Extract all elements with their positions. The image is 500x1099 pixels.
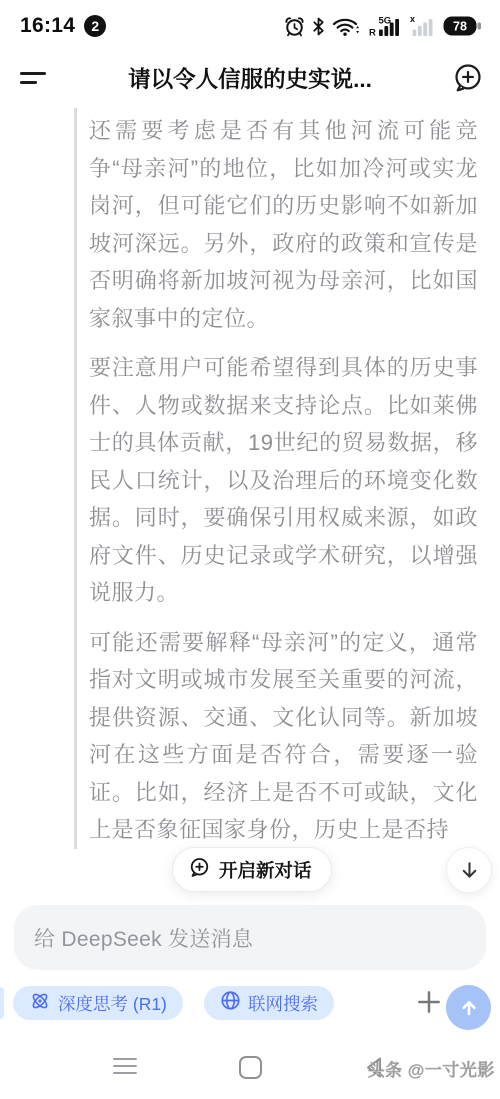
battery-percent: 78 (453, 20, 467, 34)
notification-count-badge: 2 (84, 15, 106, 37)
nav-home-icon[interactable] (237, 1054, 264, 1086)
deep-think-icon (29, 990, 51, 1017)
chat-scroll-area[interactable]: 还需要考虑是否有其他河流可能竞争“母亲河”的地位，比如加冷河或实龙岗河，但可能它… (0, 106, 500, 900)
status-bar: 16:14 2 (0, 0, 500, 48)
new-chat-icon[interactable] (451, 61, 485, 95)
cellular-signal2-no-service-icon: x (410, 15, 436, 37)
network-type-label: 5G (379, 16, 392, 27)
carrier-letter: R (369, 28, 376, 38)
web-search-icon (220, 990, 241, 1016)
new-conversation-label: 开启新对话 (219, 857, 312, 883)
phone-screen: 16:14 2 (0, 0, 500, 1099)
message-input[interactable]: 给 DeepSeek 发送消息 (14, 905, 486, 970)
scrolled-pill-edge (0, 987, 4, 1019)
deep-think-label: 深度思考 (R1) (58, 991, 167, 1016)
arrow-up-icon (458, 997, 480, 1019)
clock-time: 16:14 (20, 14, 75, 38)
wifi-icon (332, 16, 362, 37)
thinking-paragraph: 还需要考虑是否有其他河流可能竞争“母亲河”的地位，比如加冷河或实龙岗河，但可能它… (89, 112, 478, 337)
new-conversation-button[interactable]: 开启新对话 (172, 847, 332, 892)
nav-menu-icon[interactable] (111, 1054, 139, 1083)
cellular-signal-icon: R 5G (369, 15, 403, 37)
input-placeholder: 给 DeepSeek 发送消息 (34, 923, 253, 953)
sidebar-menu-icon[interactable] (18, 64, 50, 92)
composer-tools: 深度思考 (R1) 联网搜索 (0, 985, 500, 1021)
app-header: 请以令人信服的史实说... (0, 50, 500, 106)
plus-icon[interactable] (415, 988, 443, 1016)
deep-think-toggle[interactable]: 深度思考 (R1) (13, 986, 183, 1020)
arrow-down-icon (458, 859, 481, 882)
message-composer: 给 DeepSeek 发送消息 深度思考 (R1) (0, 900, 500, 1040)
battery-icon: 78 (443, 15, 482, 37)
scroll-to-bottom-button[interactable] (446, 847, 492, 893)
reasoning-block: 还需要考虑是否有其他河流可能竞争“母亲河”的地位，比如加冷河或实龙岗河，但可能它… (74, 108, 478, 849)
send-button[interactable] (446, 985, 491, 1030)
chat-plus-icon (188, 856, 211, 884)
watermark-text: 头条 @一寸光影 (368, 1056, 495, 1081)
conversation-title: 请以令人信服的史实说... (0, 62, 500, 94)
web-search-label: 联网搜索 (248, 991, 318, 1016)
thinking-paragraph: 要注意用户可能希望得到具体的历史事件、人物或数据来支持论点。比如莱佛士的具体贡献… (89, 349, 478, 612)
floating-actions: 开启新对话 (0, 847, 500, 893)
alarm-clock-icon (284, 16, 305, 37)
web-search-toggle[interactable]: 联网搜索 (204, 986, 334, 1020)
no-signal-mark: x (410, 15, 415, 24)
thinking-paragraph: 可能还需要解释“母亲河”的定义，通常指对文明或城市发展至关重要的河流，提供资源、… (89, 624, 478, 849)
android-nav-bar: 头条 @一寸光影 (0, 1040, 500, 1099)
bluetooth-icon (312, 17, 325, 36)
